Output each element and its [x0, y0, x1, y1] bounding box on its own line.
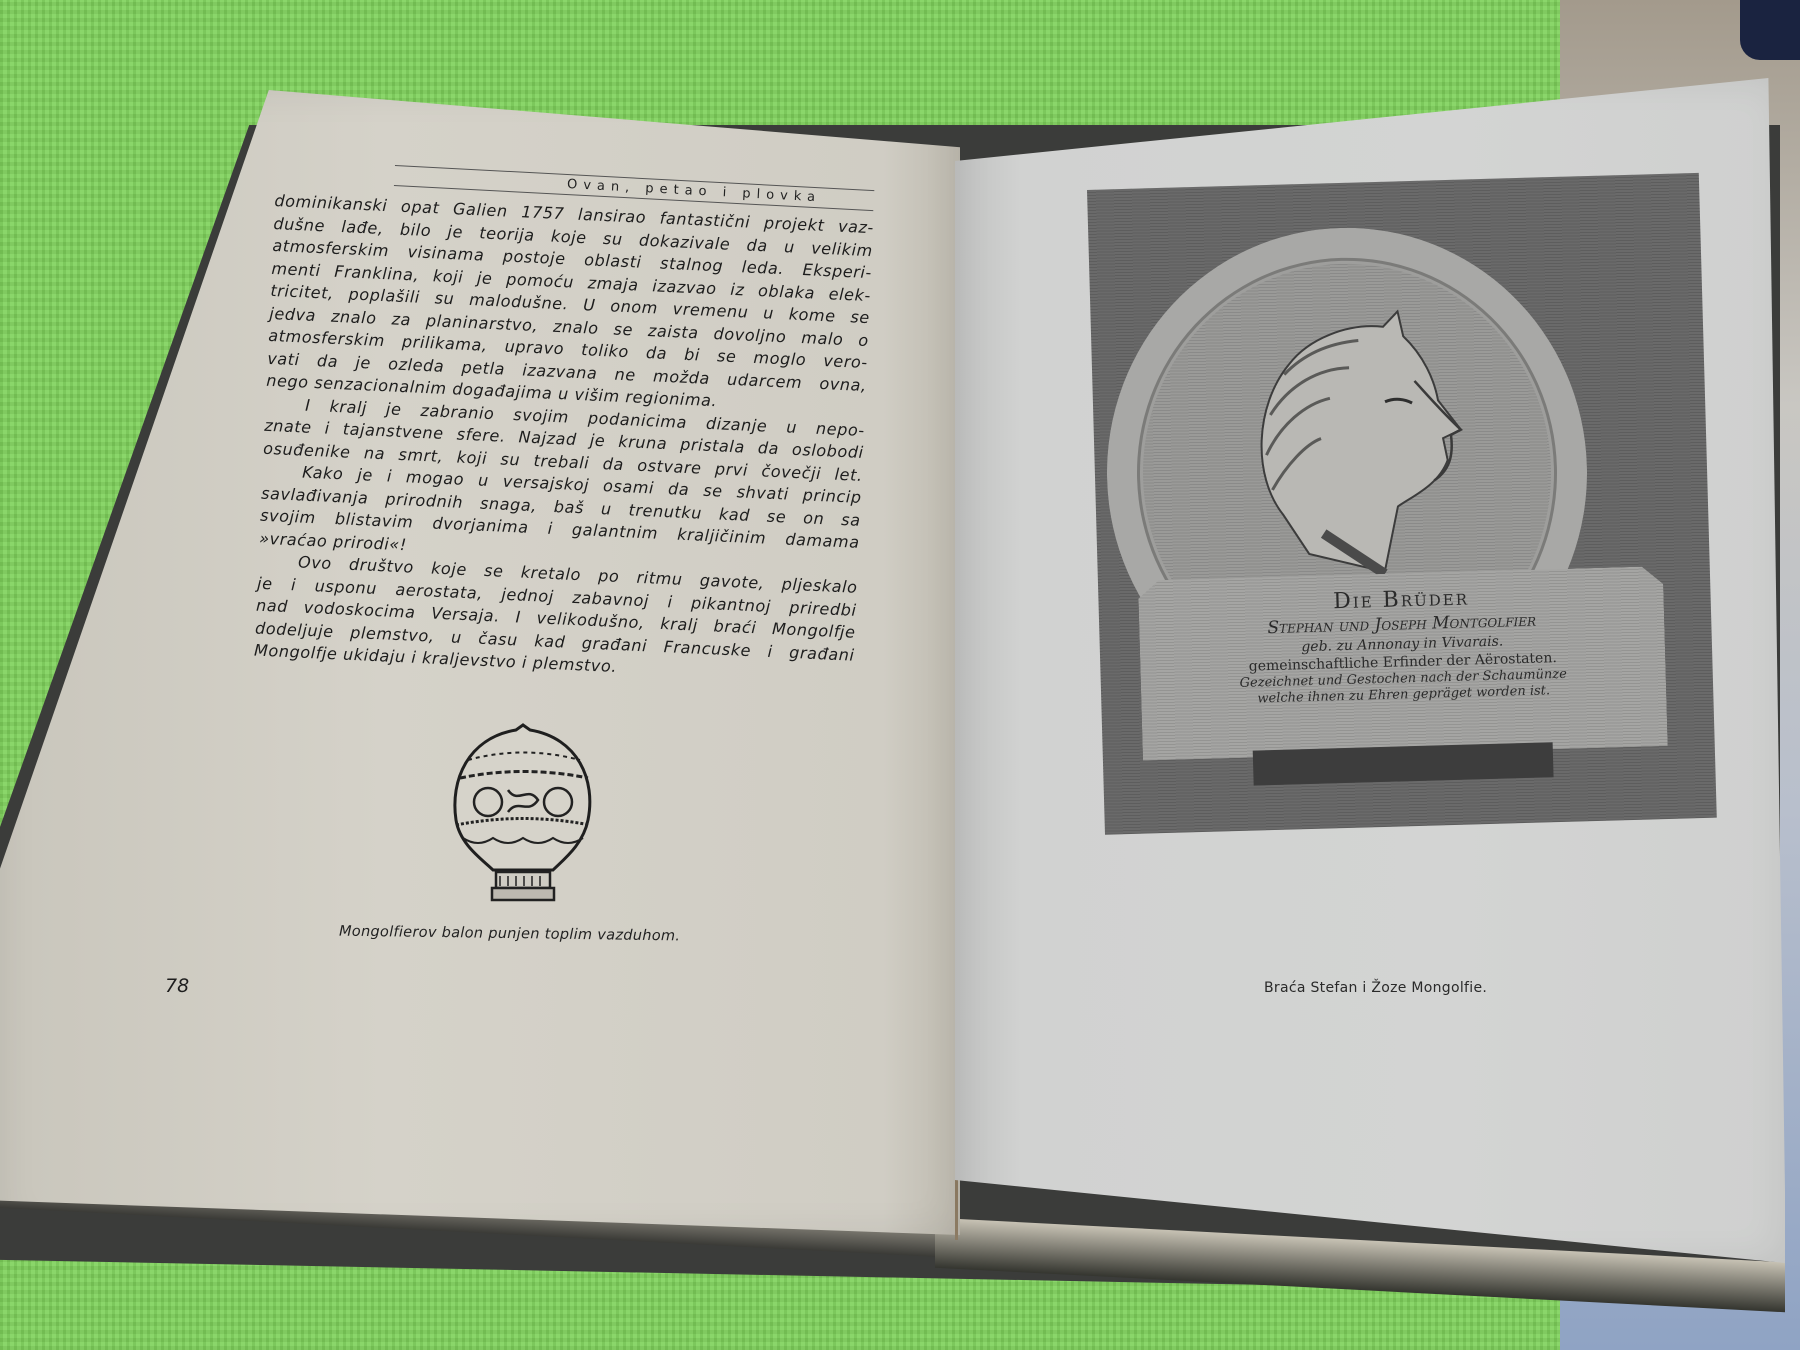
- double-profile-portrait-icon: [1207, 278, 1515, 586]
- hot-air-balloon-icon: [448, 720, 598, 905]
- photo-scene: Ovan, petao i plovka dominikanski opat G…: [0, 0, 1800, 1350]
- portrait-caption: Braća Stefan i Žoze Mongolfie.: [1264, 980, 1487, 996]
- inscription-tablet: Die Brüder Stephan und Joseph Montgolfie…: [1138, 566, 1668, 761]
- page-number: 78: [165, 975, 189, 997]
- background-dark-object: [1740, 0, 1800, 60]
- montgolfier-portrait-plate: Die Brüder Stephan und Joseph Montgolfie…: [1087, 173, 1717, 835]
- left-page-body-text: dominikanski opat Galien 1757 lansirao f…: [254, 190, 875, 689]
- tablet-pedestal: [1253, 742, 1554, 785]
